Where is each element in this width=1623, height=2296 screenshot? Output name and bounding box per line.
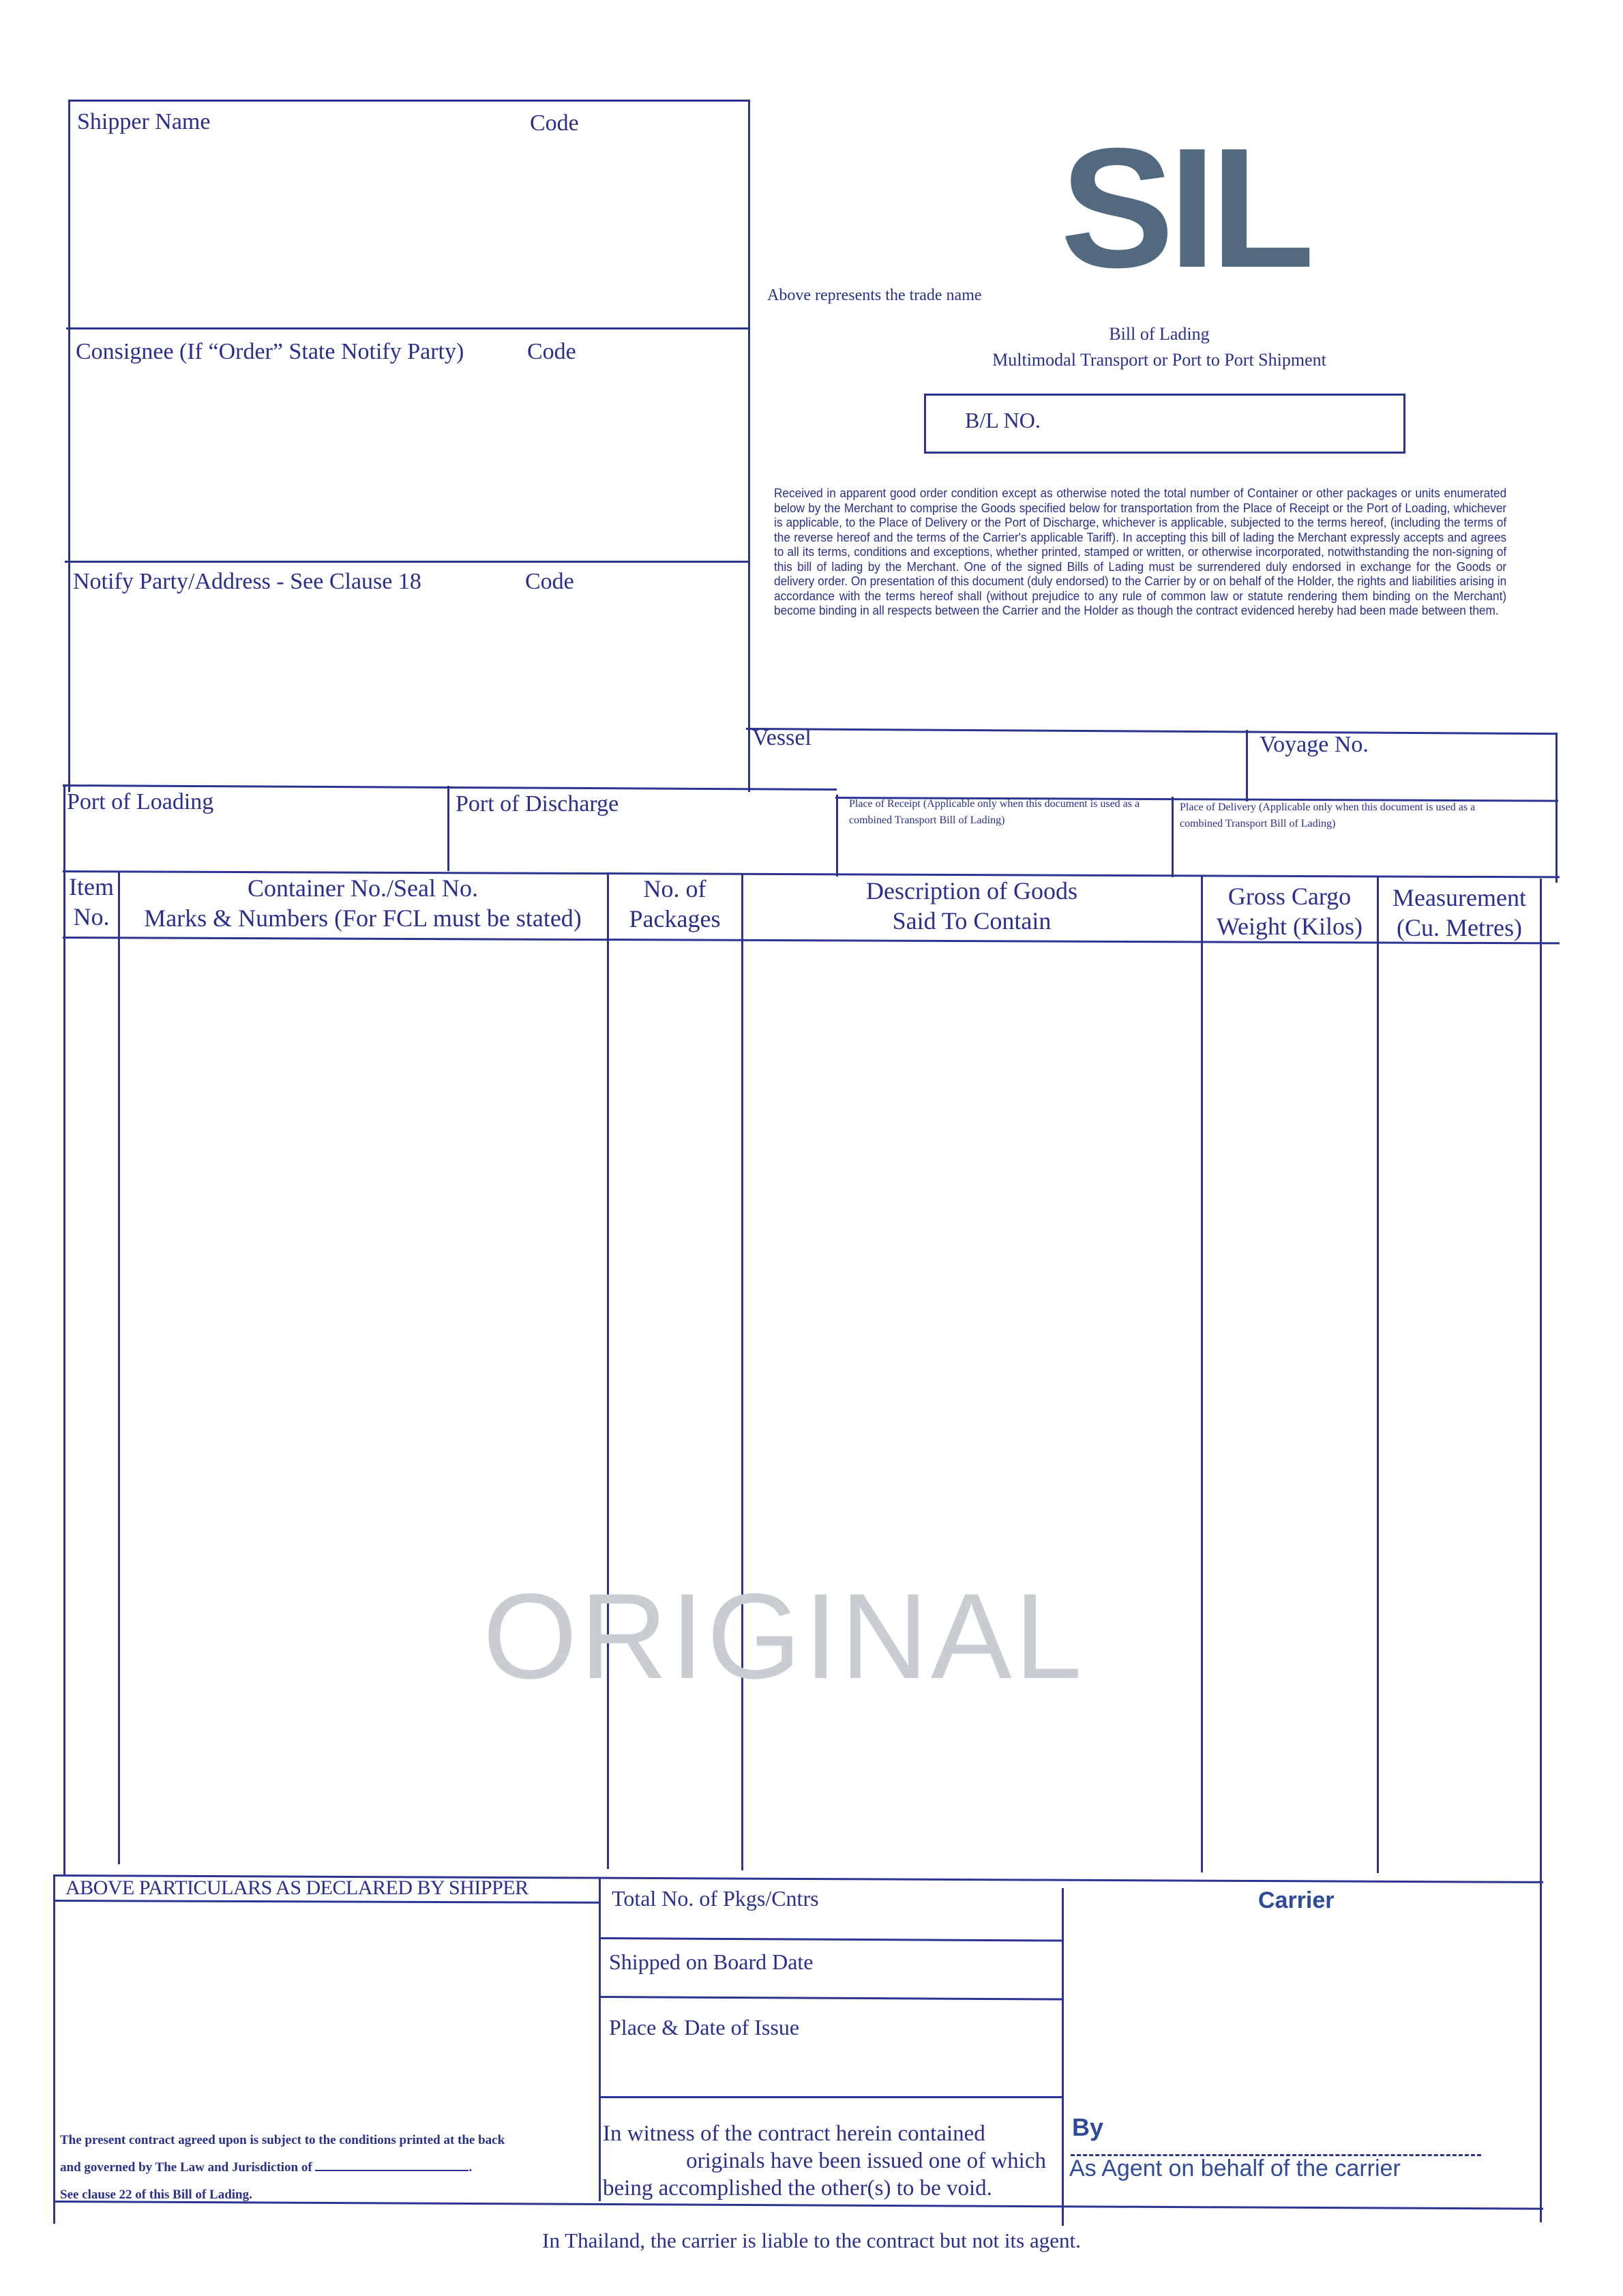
cargo-packages-column[interactable] [610,945,740,1866]
place-date-issue-field[interactable] [601,2000,1060,2094]
terms-paragraph: Received in apparent good order conditio… [774,486,1506,618]
border-line [836,795,838,877]
footer-note: In Thailand, the carrier is liable to th… [368,2228,1255,2253]
cargo-measurement-column[interactable] [1380,948,1538,1869]
border-line [741,874,743,1870]
vessel-label: Vessel [752,725,811,751]
bl-no-box[interactable]: B/L NO. [924,394,1405,454]
col-description: Description of GoodsSaid To Contain [743,876,1200,936]
agent-label: As Agent on behalf of the carrier [1069,2155,1401,2182]
border-line [1246,730,1248,801]
contract-line-3: See clause 22 of this Bill of Lading. [60,2181,599,2209]
border-line [68,100,750,102]
cargo-description-column[interactable] [744,946,1200,1867]
border-line [1377,877,1379,1873]
border-line [63,784,65,1876]
border-line [1172,797,1174,877]
col-container-marks: Container No./Seal No.Marks & Numbers (F… [120,873,606,933]
contract-line-1: The present contract agreed upon is subj… [60,2127,599,2154]
border-line [599,2096,1062,2098]
by-label: By [1072,2113,1103,2142]
border-line [1062,1888,1064,2226]
shipped-on-board-date-label: Shipped on Board Date [609,1949,814,1975]
place-date-issue-label: Place & Date of Issue [609,2015,799,2040]
voyage-label: Voyage No. [1260,732,1369,758]
place-of-receipt-label: Place of Receipt (Applicable only when t… [849,796,1170,829]
col-item-no: ItemNo. [65,872,117,932]
shipper-code-label: Code [530,111,579,136]
notify-party-field[interactable] [68,563,748,789]
border-line [447,786,449,871]
consignee-label: Consignee (If “Order” State Notify Party… [76,339,464,365]
border-line [65,561,750,563]
border-line [607,873,609,1869]
port-of-discharge-label: Port of Discharge [456,791,619,817]
witness-statement: In witness of the contract herein contai… [603,2120,1046,2202]
consignee-code-label: Code [527,339,576,365]
original-watermark: ORIGINAL [483,1576,1085,1697]
total-pkgs-label: Total No. of Pkgs/Cntrs [612,1886,819,1911]
col-gross-weight: Gross CargoWeight (Kilos) [1203,881,1376,941]
bl-no-label: B/L NO. [965,408,1041,433]
shipper-label: Shipper Name [77,109,210,135]
port-of-loading-label: Port of Loading [67,789,213,815]
border-line [748,100,750,792]
document-subtitle: Multimodal Transport or Port to Port Shi… [887,350,1432,370]
cargo-container-column[interactable] [121,944,606,1865]
border-line [1555,733,1558,883]
vessel-field[interactable] [750,731,1245,793]
shipper-field[interactable] [70,102,748,327]
col-measurement: Measurement(Cu. Metres) [1379,883,1540,943]
jurisdiction-blank[interactable] [315,2156,468,2171]
notify-code-label: Code [525,569,574,595]
declared-particulars-field[interactable] [56,1903,597,2108]
document-title: Bill of Lading [955,324,1364,344]
carrier-signature-field[interactable] [1065,1917,1538,2108]
notify-party-label: Notify Party/Address - See Clause 18 [73,569,421,595]
contract-line-2: and governed by The Law and Jurisdiction… [60,2154,599,2181]
cargo-weight-column[interactable] [1204,947,1375,1868]
border-line [1201,877,1203,1872]
sil-logo: SIL [1060,123,1309,293]
carrier-label: Carrier [1258,1887,1335,1914]
declared-by-shipper-label: ABOVE PARTICULARS AS DECLARED BY SHIPPER [65,1876,528,1900]
border-line [118,872,120,1864]
contract-terms-note: The present contract agreed upon is subj… [60,2127,599,2209]
border-line [599,1877,601,2201]
border-line [53,1876,55,2224]
col-no-of-packages: No. ofPackages [609,874,741,934]
trade-name-note: Above represents the trade name [767,286,982,305]
border-line [66,327,750,329]
border-line [1540,879,1542,2222]
cargo-item-no-column[interactable] [66,943,117,1864]
place-of-delivery-label: Place of Delivery (Applicable only when … [1180,799,1521,832]
